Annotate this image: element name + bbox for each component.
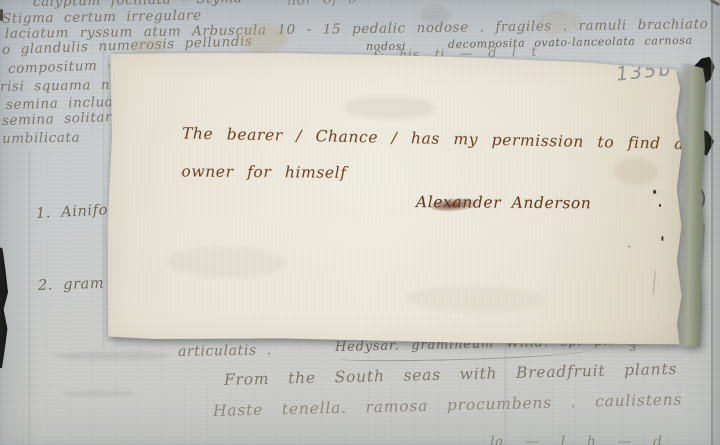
- manuscript-line: semina solitaria: [2, 109, 126, 129]
- note-line-1: The bearer / Chance / has my permission …: [182, 124, 695, 153]
- note-card-paper: 135b The bearer / Chance / has my permis…: [106, 50, 698, 347]
- manuscript-page-photo: calyptum focillata - Styma nor of b Stig…: [0, 0, 720, 445]
- pasted-note-card: 135b The bearer / Chance / has my permis…: [106, 50, 712, 349]
- manuscript-line: articulatis .: [178, 342, 272, 360]
- card-stain: [344, 96, 434, 119]
- note-line-2: owner for himself: [181, 162, 346, 181]
- manuscript-line: umbilicata: [2, 130, 80, 147]
- page-edge-shadow: [0, 246, 8, 368]
- paper-crease: [29, 150, 30, 445]
- page-edge-column: [713, 0, 720, 445]
- ink-speck: [661, 236, 663, 241]
- manuscript-line: la — l h — d: [490, 434, 663, 445]
- card-stain: [613, 158, 658, 185]
- paper-crease: [103, 28, 104, 348]
- faded-writing-smudge: [62, 390, 134, 397]
- ink-speck: [653, 190, 656, 194]
- card-stain: [167, 246, 287, 278]
- manuscript-line: Haste tenella. ramosa procumbens . cauli…: [213, 391, 683, 420]
- page-edge-mark: [0, 9, 3, 21]
- manuscript-line: 1. Ainifo: [36, 202, 109, 222]
- manuscript-line: 2. gram: [38, 276, 105, 294]
- torn-edge: [676, 62, 706, 346]
- faded-writing-smudge: [55, 352, 170, 360]
- manuscript-line: From the South seas with Breadfruit plan…: [224, 360, 678, 389]
- manuscript-line: nor of b: [287, 0, 358, 9]
- ink-speck: [659, 204, 661, 207]
- folio-number: 135b: [615, 58, 673, 86]
- card-stain: [406, 285, 546, 313]
- paper-crease: [505, 345, 506, 445]
- note-signature: Alexander Anderson: [416, 193, 592, 212]
- scratch-mark: [653, 271, 656, 295]
- ink-speck: [628, 245, 630, 247]
